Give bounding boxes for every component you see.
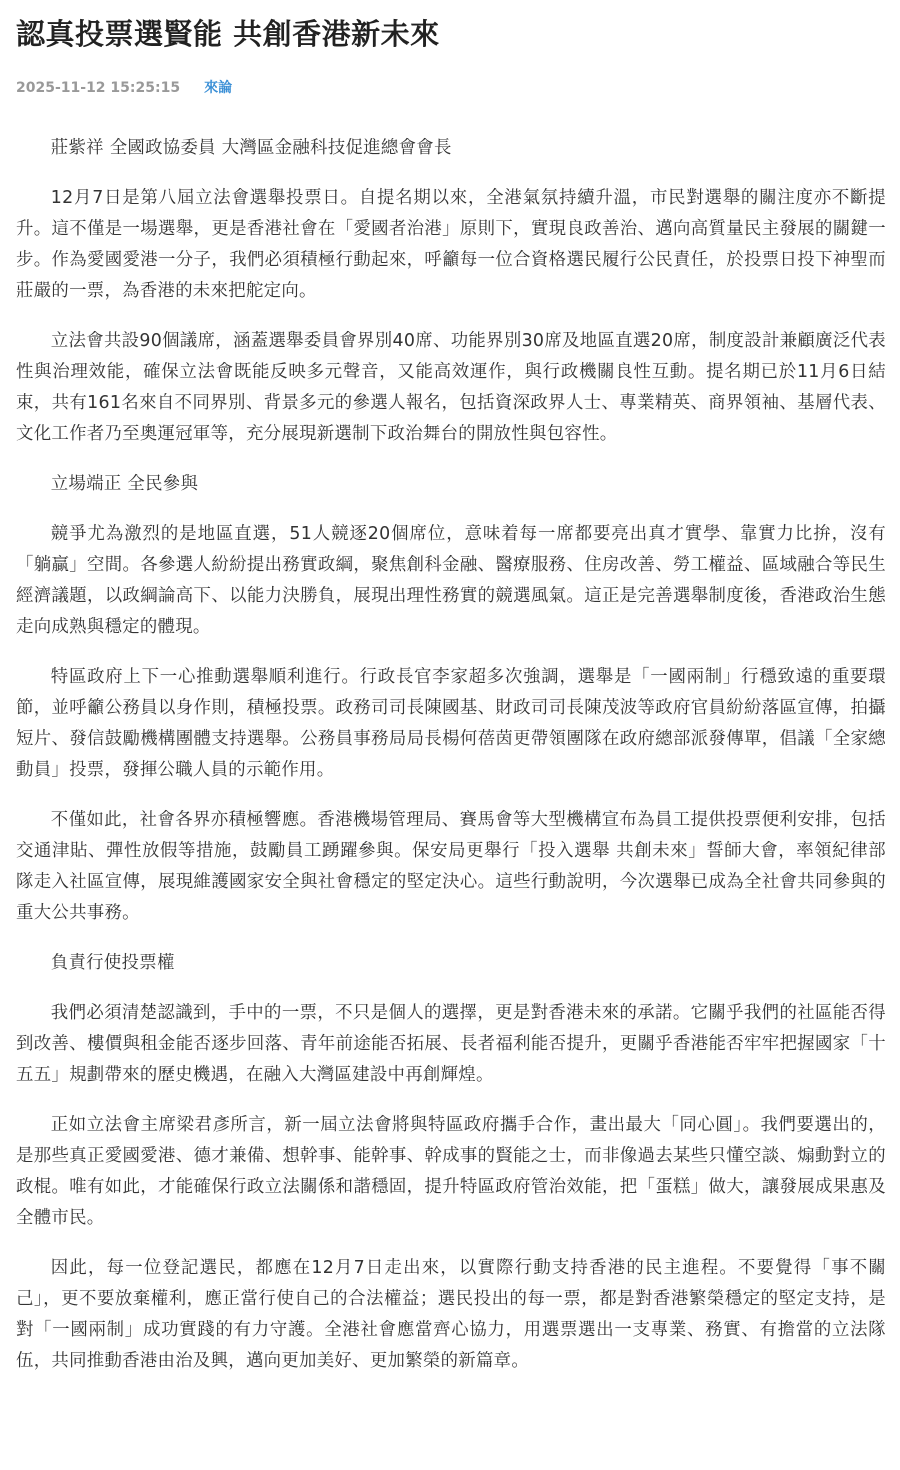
article-body: 莊紫祥 全國政協委員 大灣區金融科技促進總會會長 12月7日是第八屆立法會選舉投… [16, 133, 886, 1377]
publish-datetime: 2025-11-12 15:25:15 [16, 76, 180, 100]
source-category-link[interactable]: 來論 [204, 76, 232, 100]
meta-divider [16, 112, 886, 113]
paragraph: 正如立法會主席梁君彥所言，新一屆立法會將與特區政府攜手合作，畫出最大「同心圓」。… [16, 1110, 886, 1234]
paragraph: 特區政府上下一心推動選舉順利進行。行政長官李家超多次強調，選舉是「一國兩制」行穩… [16, 662, 886, 786]
article-meta: 2025-11-12 15:25:15 來論 [16, 76, 886, 100]
paragraph: 競爭尤為激烈的是地區直選，51人競逐20個席位，意味着每一席都要亮出真才實學、靠… [16, 519, 886, 643]
article-title: 認真投票選賢能 共創香港新未來 [16, 0, 886, 54]
article: 認真投票選賢能 共創香港新未來 2025-11-12 15:25:15 來論 莊… [0, 0, 900, 1377]
author-line: 莊紫祥 全國政協委員 大灣區金融科技促進總會會長 [16, 133, 886, 164]
paragraph: 不僅如此，社會各界亦積極響應。香港機場管理局、賽馬會等大型機構宣布為員工提供投票… [16, 805, 886, 929]
section-subheading: 立場端正 全民參與 [16, 469, 886, 500]
paragraph: 因此，每一位登記選民，都應在12月7日走出來，以實際行動支持香港的民主進程。不要… [16, 1253, 886, 1377]
paragraph: 12月7日是第八屆立法會選舉投票日。自提名期以來，全港氣氛持續升溫，市民對選舉的… [16, 183, 886, 307]
section-subheading: 負責行使投票權 [16, 948, 886, 979]
paragraph: 立法會共設90個議席，涵蓋選舉委員會界別40席、功能界別30席及地區直選20席，… [16, 326, 886, 450]
paragraph: 我們必須清楚認識到，手中的一票，不只是個人的選擇，更是對香港未來的承諾。它關乎我… [16, 998, 886, 1091]
